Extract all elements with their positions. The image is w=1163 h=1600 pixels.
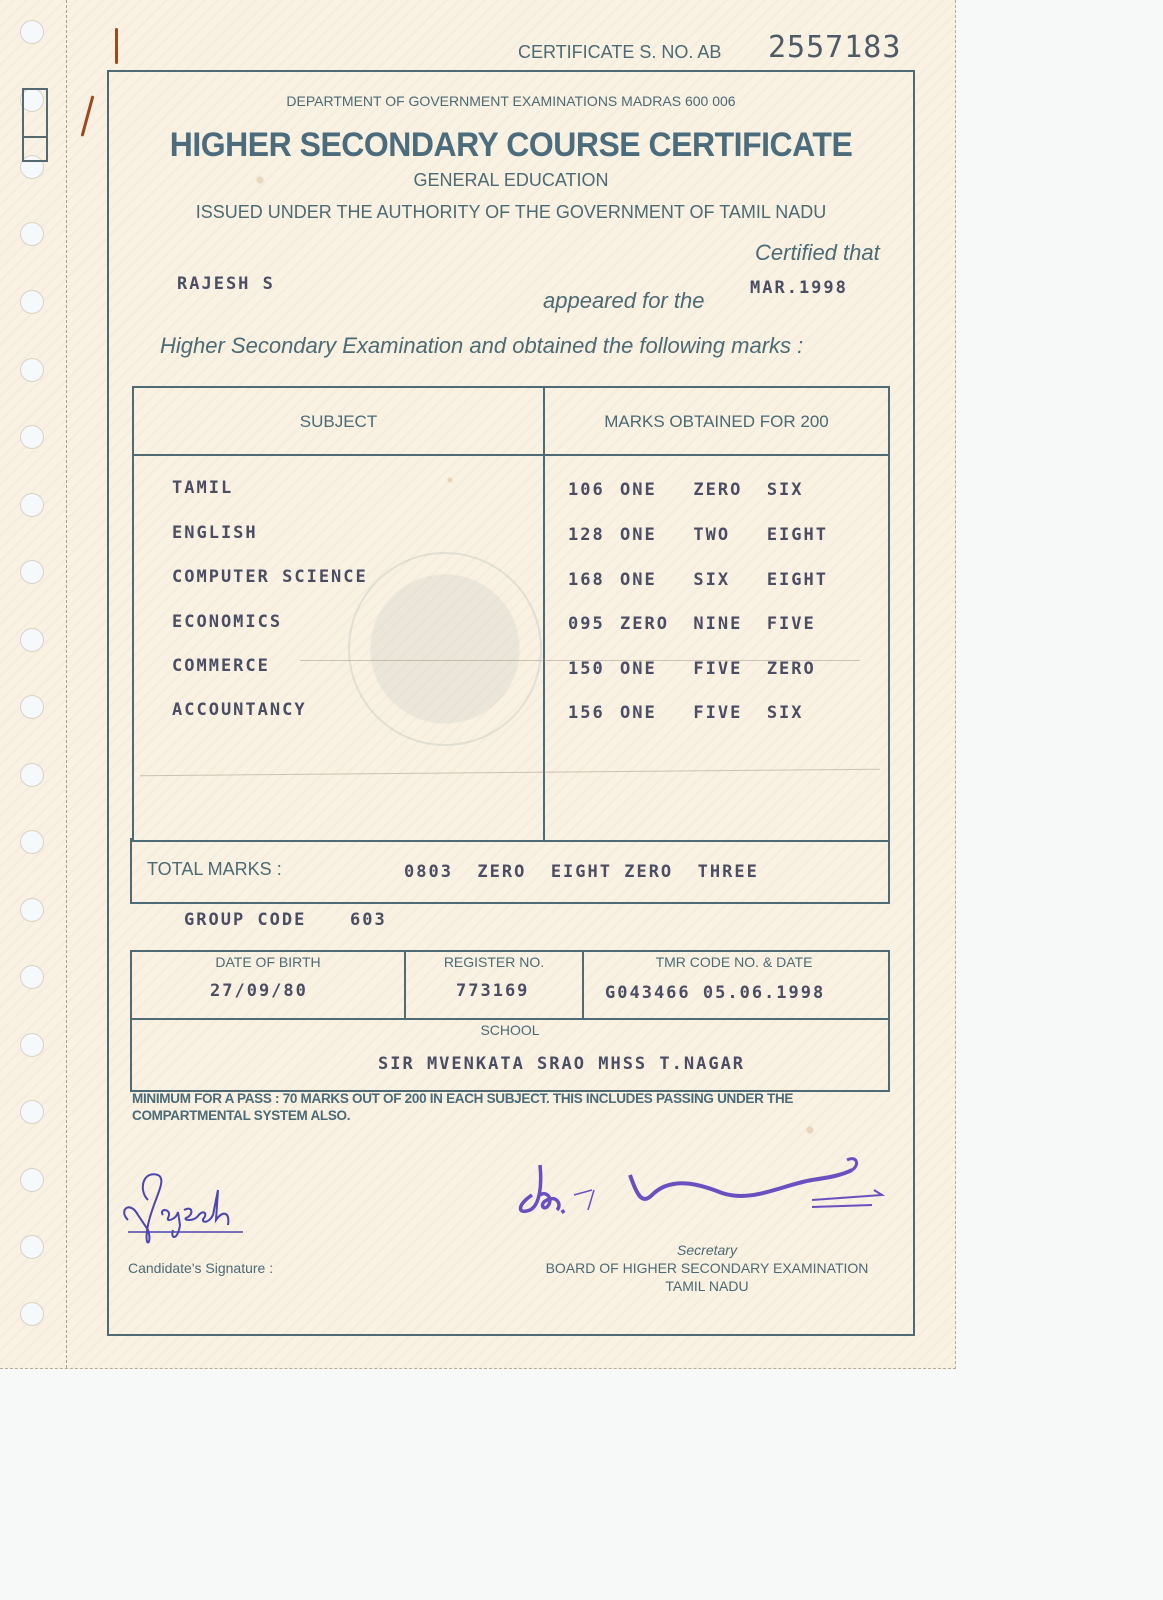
pass-criteria-note: MINIMUM FOR A PASS : 70 MARKS OUT OF 200… — [132, 1090, 892, 1124]
punch-hole — [20, 358, 44, 382]
exam-session: MAR.1998 — [750, 278, 848, 298]
subject-marks-words: ONE FIVE SIX — [620, 703, 804, 723]
punch-hole — [20, 830, 44, 854]
tmr-label: TMR CODE NO. & DATE — [584, 954, 884, 970]
serial-number: 2557183 — [768, 30, 901, 65]
secretary-title: Secretary — [512, 1242, 902, 1258]
punch-hole — [20, 1235, 44, 1259]
total-marks-label: TOTAL MARKS : — [147, 859, 282, 880]
subject-name: COMPUTER SCIENCE — [172, 567, 368, 587]
punch-hole — [20, 1302, 44, 1326]
punch-hole — [20, 290, 44, 314]
punch-hole — [20, 695, 44, 719]
subject-name: ECONOMICS — [172, 612, 282, 632]
punch-hole — [20, 222, 44, 246]
subject-name: ENGLISH — [172, 523, 258, 543]
subject-name: COMMERCE — [172, 656, 270, 676]
dob-label: DATE OF BIRTH — [132, 954, 404, 970]
perforation-line — [66, 0, 67, 1368]
table-divider — [134, 454, 888, 456]
total-marks-value: 0803 ZERO EIGHT ZERO THREE — [404, 862, 759, 882]
certified-that-text: Certified that — [755, 240, 880, 266]
subject-marks-words: ZERO NINE FIVE — [620, 614, 816, 634]
candidate-signature-label: Candidate's Signature : — [128, 1260, 273, 1276]
subject-marks: 095 — [568, 614, 605, 634]
subject-name: TAMIL — [172, 478, 233, 498]
subject-marks: 156 — [568, 703, 605, 723]
tmr-value: G043466 05.06.1998 — [605, 983, 825, 1003]
paper-crease — [300, 660, 860, 661]
subject-marks: 150 — [568, 659, 605, 679]
marks-statement: Higher Secondary Examination and obtaine… — [160, 333, 803, 359]
subject-name: ACCOUNTANCY — [172, 700, 307, 720]
school-value: SIR MVENKATA SRAO MHSS T.NAGAR — [378, 1054, 745, 1074]
subject-marks-words: ONE TWO EIGHT — [620, 525, 828, 545]
punch-hole — [20, 965, 44, 989]
appeared-for-text: appeared for the — [543, 288, 704, 314]
secretary-signature — [512, 1155, 902, 1235]
punch-hole — [20, 493, 44, 517]
marks-header: MARKS OBTAINED FOR 200 — [545, 412, 888, 432]
board-name-line2: TAMIL NADU — [512, 1278, 902, 1294]
subject-marks: 168 — [568, 570, 605, 590]
serial-label: CERTIFICATE S. NO. AB — [518, 42, 721, 63]
certificate-title: HIGHER SECONDARY COURSE CERTIFICATE — [131, 126, 891, 165]
rust-stain — [115, 28, 118, 64]
subject-marks-words: ONE SIX EIGHT — [620, 570, 828, 590]
dob-value: 27/09/80 — [210, 981, 308, 1001]
punch-hole — [20, 560, 44, 584]
subject-marks: 128 — [568, 525, 605, 545]
subject-marks-words: ONE FIVE ZERO — [620, 659, 816, 679]
punch-hole — [20, 1168, 44, 1192]
group-code-value: 603 — [350, 910, 387, 930]
candidate-signature — [118, 1170, 258, 1250]
subject-marks-words: ONE ZERO SIX — [620, 480, 804, 500]
candidate-name: RAJESH S — [177, 274, 275, 294]
school-label: SCHOOL — [132, 1022, 888, 1038]
register-label: REGISTER NO. — [406, 954, 582, 970]
register-value: 773169 — [456, 981, 529, 1001]
certificate-subtitle: GENERAL EDUCATION — [107, 170, 915, 191]
department-heading: DEPARTMENT OF GOVERNMENT EXAMINATIONS MA… — [107, 93, 915, 109]
authority-line: ISSUED UNDER THE AUTHORITY OF THE GOVERN… — [107, 202, 915, 223]
punch-hole — [20, 1100, 44, 1124]
subject-marks: 106 — [568, 480, 605, 500]
punch-hole — [20, 763, 44, 787]
punch-hole — [20, 1033, 44, 1057]
punch-hole — [20, 20, 44, 44]
punch-hole — [20, 628, 44, 652]
punch-hole — [20, 898, 44, 922]
group-code-label: GROUP CODE — [184, 910, 306, 930]
punch-hole — [20, 425, 44, 449]
binder-mark — [22, 88, 48, 162]
board-name-line1: BOARD OF HIGHER SECONDARY EXAMINATION — [512, 1260, 902, 1276]
table-divider — [132, 1018, 888, 1020]
subject-header: SUBJECT — [134, 412, 543, 432]
